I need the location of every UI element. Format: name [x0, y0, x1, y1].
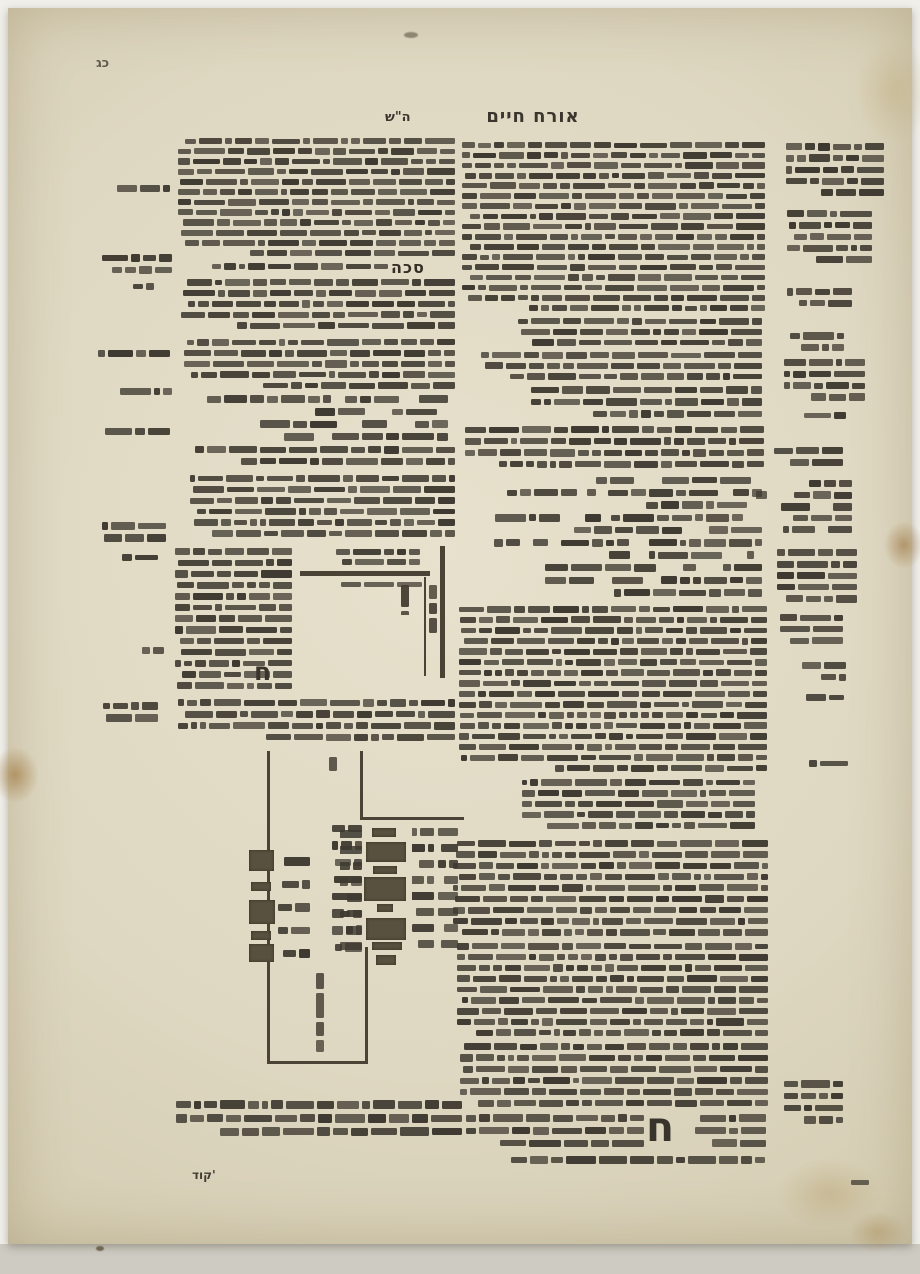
word-blob — [396, 711, 415, 717]
word-blob — [208, 312, 230, 318]
word-blob — [718, 997, 737, 1004]
word-blob — [617, 765, 627, 771]
word-blob — [721, 427, 737, 433]
word-blob — [636, 627, 642, 634]
word-blob — [314, 220, 339, 225]
word-blob — [492, 723, 501, 729]
word-blob — [611, 515, 620, 521]
word-blob — [582, 822, 596, 829]
word-blob — [400, 1127, 428, 1136]
word-blob — [829, 394, 846, 401]
word-blob — [479, 873, 495, 880]
word-blob — [649, 539, 677, 546]
word-blob — [588, 811, 612, 818]
word-blob — [700, 1100, 723, 1106]
word-blob — [362, 420, 387, 428]
word-blob — [570, 305, 588, 310]
word-blob — [444, 924, 458, 933]
word-blob — [383, 497, 411, 503]
word-blob — [340, 509, 363, 515]
word-blob — [281, 530, 304, 536]
word-blob — [495, 627, 520, 633]
word-blob — [634, 305, 641, 311]
word-blob — [568, 954, 578, 960]
text-line — [452, 963, 768, 974]
word-blob — [197, 169, 212, 174]
word-blob — [457, 1008, 479, 1015]
word-blob — [209, 723, 229, 729]
word-blob — [184, 361, 210, 368]
word-blob — [432, 250, 455, 255]
word-blob — [332, 433, 359, 440]
word-blob — [710, 918, 735, 925]
text-line — [172, 348, 455, 359]
word-blob — [607, 701, 638, 708]
word-blob — [640, 723, 665, 729]
word-blob — [187, 700, 197, 707]
word-blob — [828, 573, 857, 579]
word-blob — [627, 976, 634, 982]
word-blob — [640, 234, 652, 240]
word-blob — [726, 386, 748, 393]
text-line — [756, 490, 852, 502]
word-blob — [485, 295, 498, 301]
word-blob — [663, 363, 681, 369]
word-blob — [475, 264, 498, 270]
word-blob — [641, 244, 655, 249]
word-blob — [263, 383, 288, 388]
word-blob — [499, 461, 507, 467]
word-blob — [706, 373, 721, 379]
word-blob — [180, 179, 203, 186]
word-blob — [498, 1018, 509, 1025]
word-blob — [610, 975, 624, 982]
word-blob — [570, 142, 591, 148]
word-blob — [813, 626, 843, 632]
word-blob — [834, 412, 846, 419]
word-blob — [563, 318, 581, 324]
margin-gloss — [774, 330, 844, 353]
word-blob — [609, 244, 638, 251]
word-blob — [605, 285, 634, 291]
text-line — [470, 788, 755, 799]
word-blob — [810, 178, 819, 184]
word-blob — [620, 648, 638, 655]
word-blob — [346, 301, 369, 308]
word-blob — [463, 1066, 473, 1073]
word-blob — [777, 549, 785, 556]
word-blob — [606, 670, 618, 676]
word-blob — [752, 153, 765, 158]
word-blob — [630, 1156, 654, 1163]
word-blob — [522, 780, 527, 786]
margin-gloss — [757, 547, 857, 605]
word-blob — [239, 264, 246, 270]
word-blob — [742, 606, 767, 612]
word-blob — [797, 155, 806, 162]
word-blob — [184, 661, 192, 667]
text-line — [278, 919, 310, 942]
figure-labels — [438, 824, 458, 958]
word-blob — [250, 250, 264, 256]
word-blob — [806, 596, 821, 602]
word-blob — [756, 491, 767, 499]
text-line — [490, 316, 762, 327]
word-blob — [556, 173, 580, 179]
word-blob — [397, 734, 425, 741]
word-blob — [181, 230, 213, 236]
rotated-word-blob — [316, 1022, 324, 1035]
word-blob — [553, 329, 577, 336]
word-blob — [843, 561, 857, 568]
word-blob — [485, 362, 504, 369]
word-blob — [494, 539, 502, 547]
text-line — [462, 574, 762, 587]
word-blob — [529, 1140, 561, 1147]
word-blob — [547, 670, 561, 676]
word-blob — [561, 152, 568, 159]
text-line — [458, 201, 765, 211]
word-blob — [667, 173, 692, 178]
word-blob — [742, 840, 768, 847]
word-blob — [382, 361, 399, 366]
word-blob — [517, 691, 531, 697]
word-blob — [829, 695, 844, 701]
word-blob — [419, 395, 448, 403]
word-blob — [215, 649, 246, 656]
word-blob — [283, 950, 296, 958]
margin-gloss — [772, 286, 852, 309]
word-blob — [653, 589, 676, 596]
word-blob — [212, 530, 233, 537]
word-blob — [490, 648, 502, 655]
word-blob — [321, 382, 346, 389]
word-blob — [379, 290, 402, 297]
word-blob — [272, 139, 300, 144]
word-blob — [122, 554, 132, 560]
word-blob — [726, 702, 742, 708]
word-blob — [550, 449, 575, 457]
word-blob — [761, 874, 768, 880]
word-blob — [225, 279, 250, 285]
word-blob — [185, 711, 213, 718]
word-blob — [335, 519, 344, 526]
word-blob — [836, 189, 856, 196]
word-blob — [625, 779, 645, 785]
text-line — [775, 1114, 843, 1126]
word-blob — [478, 285, 486, 290]
word-blob — [227, 487, 254, 492]
word-blob — [615, 1077, 643, 1084]
word-blob — [403, 371, 425, 378]
word-blob — [487, 606, 512, 613]
word-blob — [750, 193, 765, 198]
word-blob — [605, 234, 615, 239]
word-blob — [582, 1077, 612, 1084]
word-blob — [645, 319, 667, 324]
text-line — [172, 1112, 462, 1126]
word-blob — [507, 142, 525, 147]
word-blob — [402, 447, 433, 453]
word-blob — [154, 388, 160, 395]
word-blob — [163, 388, 172, 394]
word-blob — [641, 410, 651, 417]
word-blob — [188, 301, 195, 307]
word-blob — [552, 722, 561, 729]
word-blob — [816, 256, 843, 263]
word-blob — [480, 203, 509, 209]
word-blob — [462, 193, 476, 200]
word-blob — [822, 447, 843, 454]
word-blob — [430, 530, 442, 536]
word-blob — [355, 559, 384, 564]
word-blob — [717, 754, 736, 761]
text-line — [775, 1090, 843, 1102]
word-blob — [630, 712, 639, 718]
word-blob — [259, 604, 277, 611]
word-blob — [634, 754, 643, 760]
word-blob — [325, 360, 347, 367]
word-blob — [542, 852, 548, 858]
word-blob — [560, 976, 569, 982]
word-blob — [752, 295, 765, 301]
word-blob — [614, 438, 628, 445]
word-blob — [435, 230, 455, 235]
figure-caption — [326, 547, 420, 568]
word-blob — [175, 660, 181, 666]
word-blob — [120, 388, 151, 394]
ink-speck — [96, 1246, 104, 1251]
word-blob — [248, 1101, 259, 1109]
word-blob — [523, 734, 545, 739]
text-line — [774, 187, 884, 199]
word-blob — [675, 1100, 697, 1107]
word-blob — [639, 851, 650, 857]
word-blob — [717, 502, 747, 508]
word-blob — [538, 790, 559, 796]
word-blob — [719, 318, 749, 325]
text-line — [172, 337, 455, 348]
word-blob — [730, 1077, 743, 1084]
word-blob — [362, 1101, 370, 1109]
word-blob — [755, 203, 765, 209]
word-blob — [476, 1066, 504, 1072]
word-blob — [667, 255, 687, 260]
word-blob — [661, 501, 680, 509]
word-blob — [821, 674, 836, 680]
word-blob — [415, 421, 429, 428]
word-blob — [507, 490, 517, 496]
word-blob — [571, 734, 592, 740]
word-blob — [626, 1100, 643, 1106]
word-blob — [486, 275, 513, 281]
text-line — [172, 732, 455, 744]
word-blob — [714, 874, 744, 881]
text-line — [772, 220, 872, 232]
word-blob — [738, 1055, 768, 1061]
word-blob — [593, 153, 608, 158]
text-block — [452, 1112, 644, 1152]
word-blob — [431, 1115, 462, 1122]
word-blob — [580, 329, 602, 334]
word-blob — [315, 250, 342, 256]
word-blob — [657, 515, 669, 521]
word-blob — [714, 411, 736, 418]
word-blob — [550, 976, 557, 982]
word-blob — [428, 361, 442, 368]
word-blob — [502, 264, 534, 270]
word-blob — [438, 828, 458, 837]
word-blob — [513, 873, 541, 880]
word-blob — [300, 219, 312, 225]
word-blob — [685, 306, 697, 311]
word-blob — [351, 447, 365, 453]
word-blob — [637, 976, 664, 982]
word-blob — [491, 929, 498, 935]
word-blob — [720, 295, 749, 301]
word-blob — [131, 254, 140, 262]
word-blob — [622, 1008, 647, 1015]
word-blob — [670, 285, 700, 291]
word-blob — [757, 285, 765, 290]
word-blob — [495, 670, 501, 675]
word-blob — [594, 1030, 603, 1036]
word-blob — [136, 350, 146, 357]
word-blob — [474, 1019, 495, 1025]
text-line — [172, 546, 292, 557]
word-blob — [793, 371, 806, 379]
foxing-spot — [0, 736, 48, 814]
word-blob — [460, 617, 476, 624]
word-blob — [247, 582, 257, 588]
word-blob — [470, 275, 483, 281]
word-blob — [836, 359, 842, 366]
text-block — [458, 140, 765, 313]
word-blob — [333, 148, 347, 155]
word-blob — [479, 1127, 509, 1134]
word-blob — [547, 755, 579, 761]
word-blob — [581, 755, 596, 760]
text-block — [458, 424, 764, 470]
text-line — [340, 906, 362, 922]
word-blob — [598, 638, 607, 644]
word-blob — [692, 701, 723, 707]
word-blob — [716, 1089, 734, 1096]
word-blob — [508, 885, 537, 891]
word-blob — [700, 627, 726, 634]
word-blob — [375, 711, 392, 717]
word-blob — [175, 593, 189, 600]
word-blob — [302, 300, 310, 307]
word-blob — [528, 943, 559, 950]
word-blob — [368, 1114, 386, 1123]
word-blob — [610, 411, 626, 418]
word-blob — [654, 702, 680, 707]
word-blob — [851, 1180, 870, 1186]
text-line — [452, 838, 768, 849]
word-blob — [219, 615, 234, 622]
word-blob — [255, 138, 269, 144]
word-blob — [745, 929, 768, 936]
word-blob — [517, 670, 529, 676]
word-blob — [225, 605, 256, 611]
word-blob — [549, 712, 564, 719]
word-blob — [736, 213, 765, 219]
wall-block — [251, 931, 271, 940]
text-line — [772, 286, 852, 298]
word-blob — [576, 723, 588, 729]
word-blob — [434, 722, 455, 730]
word-blob — [532, 1055, 556, 1061]
word-blob — [777, 561, 794, 568]
word-blob — [828, 300, 852, 307]
word-blob — [605, 840, 628, 847]
text-line — [130, 645, 164, 656]
word-blob — [424, 279, 455, 286]
word-blob — [581, 234, 602, 240]
word-blob — [548, 997, 580, 1003]
word-blob — [801, 344, 819, 351]
word-blob — [390, 519, 402, 526]
word-blob — [726, 194, 747, 199]
word-blob — [585, 627, 614, 633]
word-blob — [247, 148, 270, 154]
word-blob — [402, 433, 433, 440]
word-blob — [389, 138, 402, 145]
word-blob — [835, 222, 851, 228]
text-line — [172, 167, 455, 177]
word-blob — [680, 340, 709, 346]
word-blob — [539, 193, 568, 199]
figure-rule — [360, 751, 363, 819]
word-blob — [579, 1029, 592, 1036]
word-blob — [757, 183, 765, 189]
word-blob — [609, 551, 630, 559]
word-blob — [739, 1008, 768, 1014]
word-blob — [277, 361, 309, 367]
word-blob — [571, 426, 599, 433]
word-blob — [799, 300, 807, 306]
text-line — [172, 697, 455, 709]
word-blob — [805, 143, 815, 150]
word-blob — [459, 744, 476, 750]
word-blob — [191, 372, 197, 378]
word-blob — [642, 790, 668, 797]
word-blob — [705, 765, 724, 772]
text-block — [455, 1154, 765, 1168]
word-blob — [708, 193, 723, 200]
text-line — [458, 424, 764, 436]
wall-block — [249, 944, 274, 962]
word-blob — [438, 908, 458, 916]
text-line — [412, 856, 434, 872]
word-blob — [564, 670, 578, 675]
word-blob — [619, 712, 627, 718]
word-blob — [625, 801, 653, 808]
text-line — [772, 243, 872, 255]
word-blob — [275, 1115, 296, 1122]
word-blob — [627, 1089, 640, 1095]
word-blob — [615, 527, 633, 533]
word-blob — [220, 371, 249, 378]
word-blob — [630, 438, 661, 445]
word-blob — [178, 158, 189, 165]
word-blob — [140, 185, 160, 191]
text-line — [462, 371, 762, 382]
word-blob — [303, 138, 310, 144]
word-blob — [529, 173, 553, 179]
figure-rotated-label — [327, 757, 338, 785]
